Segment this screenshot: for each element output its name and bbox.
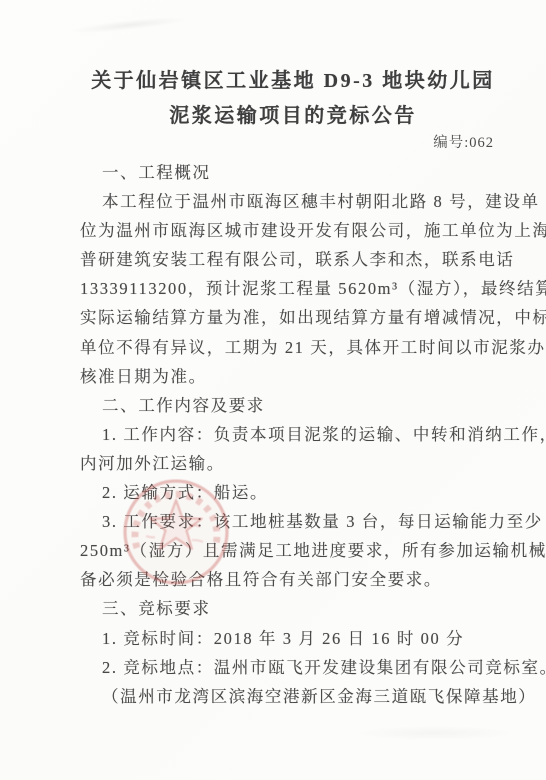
body-line: 备必须是检验合格且符合有关部门安全要求。 xyxy=(80,565,508,594)
body-line: 2. 竞标地点：温州市瓯飞开发建设集团有限公司竞标室。 xyxy=(80,653,508,682)
body-line: 3. 工作要求：该工地桩基数量 3 台，每日运输能力至少 xyxy=(80,507,508,536)
body-line: 250m³（湿方）且需满足工地进度要求，所有参加运输机械设 xyxy=(80,536,508,565)
section-heading-2: 二、工作内容及要求 xyxy=(80,391,508,420)
body-line: 位为温州市瓯海区城市建设开发有限公司，施工单位为上海 xyxy=(80,216,508,245)
scanned-document-page: 关于仙岩镇区工业基地 D9-3 地块幼儿园 泥浆运输项目的竞标公告 编号:062… xyxy=(0,0,546,780)
document-title-line1: 关于仙岩镇区工业基地 D9-3 地块幼儿园 xyxy=(80,64,506,93)
body-line: 13339113200，预计泥浆工程量 5620m³（湿方），最终结算以 xyxy=(80,274,508,303)
body-line: 核准日期为准。 xyxy=(80,362,508,391)
body-line: 内河加外江运输。 xyxy=(80,449,508,478)
document-title-line2: 泥浆运输项目的竞标公告 xyxy=(80,99,506,128)
section-heading-1: 一、工程概况 xyxy=(80,158,508,187)
body-line: 2. 运输方式：船运。 xyxy=(80,478,508,507)
body-line: 实际运输结算方量为准，如出现结算方量有增减情况，中标 xyxy=(80,303,508,332)
body-line: 单位不得有异议，工期为 21 天，具体开工时间以市泥浆办 xyxy=(80,333,508,362)
body-line: （温州市龙湾区滨海空港新区金海三道瓯飞保障基地） xyxy=(80,682,508,711)
body-line: 1. 竞标时间：2018 年 3 月 26 日 16 时 00 分 xyxy=(80,624,508,653)
body-line: 普研建筑安装工程有限公司，联系人李和杰，联系电话 xyxy=(80,245,508,274)
document-body: 一、工程概况 本工程位于温州市瓯海区穗丰村朝阳北路 8 号，建设单 位为温州市瓯… xyxy=(80,158,508,711)
document-number: 编号:062 xyxy=(433,131,494,152)
section-heading-3: 三、竞标要求 xyxy=(80,594,508,623)
body-line: 1. 工作内容：负责本项目泥浆的运输、中转和消纳工作， xyxy=(80,420,508,449)
body-line: 本工程位于温州市瓯海区穗丰村朝阳北路 8 号，建设单 xyxy=(80,187,508,216)
